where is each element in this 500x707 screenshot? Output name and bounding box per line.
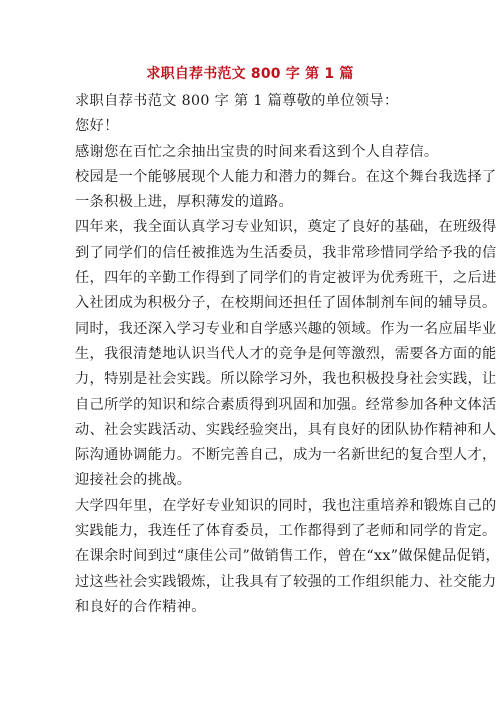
text-line: 和良好的合作精神。 xyxy=(75,595,435,620)
text-line: 力，特别是社会实践。所以除学习外，我也积极投身社会实践，让 xyxy=(75,367,435,392)
text-line: 您好！ xyxy=(75,114,435,139)
text-line: 同时，我还深入学习专业和自学感兴趣的领域。作为一名应届毕业 xyxy=(75,317,435,342)
text-line: 在课余时间到过“康佳公司”做销售工作，曾在“xx”做保健品促销，通 xyxy=(75,544,435,569)
text-line: 任，四年的辛勤工作得到了同学们的肯定被评为优秀班干，之后进 xyxy=(75,266,435,291)
text-line: 求职自荐书范文 800 字 第 1 篇尊敬的单位领导： xyxy=(75,89,435,114)
text-line: 际沟通协调能力。不断完善自己，成为一名新世纪的复合型人才， xyxy=(75,443,435,468)
text-line: 入社团成为积极分子，在校期间还担任了固体制剂车间的辅导员。 xyxy=(75,291,435,316)
document-page: 求职自荐书范文 800 字 第 1 篇 求职自荐书范文 800 字 第 1 篇尊… xyxy=(0,0,500,707)
text-line: 迎接社会的挑战。 xyxy=(75,468,435,493)
text-line: 自己所学的知识和综合素质得到巩固和加强。经常参加各种文体活 xyxy=(75,393,435,418)
text-line: 校园是一个能够展现个人能力和潜力的舞台。在这个舞台我选择了 xyxy=(75,165,435,190)
document-title: 求职自荐书范文 800 字 第 1 篇 xyxy=(0,63,500,83)
text-line: 生，我很清楚地认识当代人才的竞争是何等激烈，需要各方面的能 xyxy=(75,342,435,367)
text-line: 动、社会实践活动、实践经验突出，具有良好的团队协作精神和人 xyxy=(75,418,435,443)
text-line: 一条积极上进，厚积薄发的道路。 xyxy=(75,190,435,215)
text-line: 实践能力，我连任了体育委员，工作都得到了老师和同学的肯定。 xyxy=(75,519,435,544)
text-line: 感谢您在百忙之余抽出宝贵的时间来看这到个人自荐信。 xyxy=(75,140,435,165)
text-line: 过这些社会实践锻炼，让我具有了较强的工作组织能力、社交能力 xyxy=(75,570,435,595)
text-line: 到了同学们的信任被推选为生活委员，我非常珍惜同学给予我的信 xyxy=(75,241,435,266)
document-body: 求职自荐书范文 800 字 第 1 篇尊敬的单位领导：您好！感谢您在百忙之余抽出… xyxy=(75,89,435,620)
text-line: 大学四年里，在学好专业知识的同时，我也注重培养和锻炼自己的 xyxy=(75,494,435,519)
text-line: 四年来，我全面认真学习专业知识，奠定了良好的基础，在班级得 xyxy=(75,215,435,240)
